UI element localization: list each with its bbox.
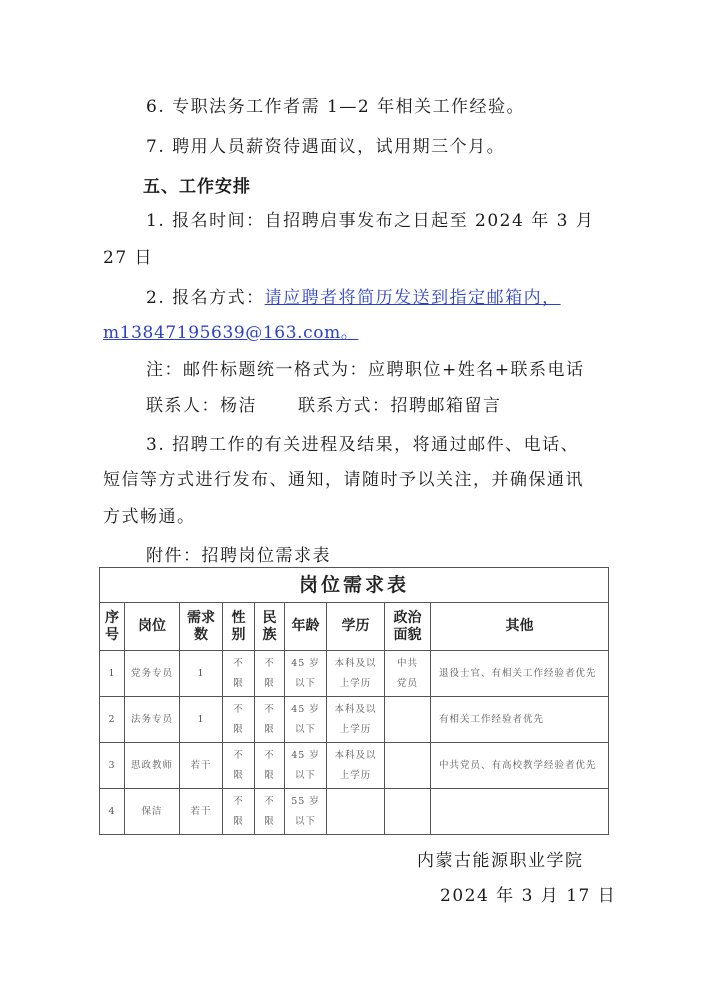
cell-education: 本科及以上学历 — [327, 651, 385, 697]
cell-position: 思政教师 — [125, 743, 180, 789]
requirement-item-7: 7. 聘用人员薪资待遇面议，试用期三个月。 — [146, 132, 505, 157]
header-count: 需求数 — [180, 603, 223, 651]
cell-gender: 不限 — [223, 789, 255, 835]
cell-position: 保洁 — [125, 789, 180, 835]
cell-count: 若干 — [180, 789, 223, 835]
header-position: 岗位 — [125, 603, 180, 651]
process-notice-line-3: 方式畅通。 — [103, 502, 196, 527]
header-gender: 性别 — [223, 603, 255, 651]
cell-count: 若干 — [180, 743, 223, 789]
requirement-item-6: 6. 专职法务工作者需 1—2 年相关工作经验。 — [146, 92, 525, 117]
cell-no: 3 — [100, 743, 125, 789]
cell-education: 本科及以上学历 — [327, 697, 385, 743]
cell-no: 1 — [100, 651, 125, 697]
email-address-link[interactable]: m13847195639@163.com。 — [103, 323, 358, 343]
cell-ethnicity: 不限 — [255, 789, 285, 835]
cell-other: 中共党员、有高校教学经验者优先 — [431, 743, 609, 789]
header-education: 学历 — [327, 603, 385, 651]
cell-no: 4 — [100, 789, 125, 835]
email-subject-note: 注：邮件标题统一格式为：应聘职位+姓名+联系电话 — [146, 355, 585, 380]
cell-age: 45 岁以下 — [285, 697, 327, 743]
registration-time-line-1: 1. 报名时间：自招聘启事发布之日起至 2024 年 3 月 — [146, 206, 594, 231]
contact-method: 联系方式：招聘邮箱留言 — [298, 391, 502, 416]
table-title: 岗位需求表 — [100, 568, 609, 603]
email-instruction-link[interactable]: 请应聘者将简历发送到指定邮箱内， — [265, 288, 561, 308]
header-political: 政治面貌 — [385, 603, 431, 651]
registration-method-line-1: 2. 报名方式：请应聘者将简历发送到指定邮箱内， — [146, 283, 561, 308]
cell-age: 45 岁以下 — [285, 743, 327, 789]
cell-gender: 不限 — [223, 743, 255, 789]
cell-political — [385, 697, 431, 743]
cell-political — [385, 789, 431, 835]
table-row: 2 法务专员 1 不限 不限 45 岁以下 本科及以上学历 有相关工作经验者优先 — [100, 697, 609, 743]
table-row: 4 保洁 若干 不限 不限 55 岁以下 — [100, 789, 609, 835]
table-row: 3 思政教师 若干 不限 不限 45 岁以下 本科及以上学历 中共党员、有高校教… — [100, 743, 609, 789]
contact-person: 联系人：杨洁 — [146, 391, 257, 416]
cell-other — [431, 789, 609, 835]
cell-education: 本科及以上学历 — [327, 743, 385, 789]
process-notice-line-1: 3. 招聘工作的有关进程及结果，将通过邮件、电话、 — [146, 430, 579, 455]
cell-ethnicity: 不限 — [255, 651, 285, 697]
job-requirements-table: 岗位需求表 序号 岗位 需求数 性别 民族 年龄 学历 政治面貌 其他 1 党务… — [99, 567, 609, 835]
cell-education — [327, 789, 385, 835]
cell-gender: 不限 — [223, 697, 255, 743]
registration-method-label: 2. 报名方式： — [146, 288, 265, 308]
cell-ethnicity: 不限 — [255, 697, 285, 743]
header-ethnicity: 民族 — [255, 603, 285, 651]
header-other: 其他 — [431, 603, 609, 651]
cell-age: 45 岁以下 — [285, 651, 327, 697]
cell-position: 党务专员 — [125, 651, 180, 697]
cell-ethnicity: 不限 — [255, 743, 285, 789]
header-age: 年龄 — [285, 603, 327, 651]
signature-organization: 内蒙古能源职业学院 — [417, 846, 584, 871]
cell-political: 中共党员 — [385, 651, 431, 697]
cell-other: 有相关工作经验者优先 — [431, 697, 609, 743]
table-header-row: 序号 岗位 需求数 性别 民族 年龄 学历 政治面貌 其他 — [100, 603, 609, 651]
section-heading-work-arrangement: 五、工作安排 — [143, 172, 251, 197]
registration-method-line-2: m13847195639@163.com。 — [103, 318, 358, 343]
cell-position: 法务专员 — [125, 697, 180, 743]
registration-time-line-2: 27 日 — [103, 243, 153, 268]
cell-age: 55 岁以下 — [285, 789, 327, 835]
attachment-label: 附件：招聘岗位需求表 — [146, 541, 331, 566]
header-no: 序号 — [100, 603, 125, 651]
signature-date: 2024 年 3 月 17 日 — [440, 881, 616, 906]
cell-other: 退役士官、有相关工作经验者优先 — [431, 651, 609, 697]
cell-political — [385, 743, 431, 789]
process-notice-line-2: 短信等方式进行发布、通知，请随时予以关注，并确保通讯 — [103, 465, 584, 490]
cell-gender: 不限 — [223, 651, 255, 697]
table-row: 1 党务专员 1 不限 不限 45 岁以下 本科及以上学历 中共党员 退役士官、… — [100, 651, 609, 697]
cell-no: 2 — [100, 697, 125, 743]
cell-count: 1 — [180, 697, 223, 743]
cell-count: 1 — [180, 651, 223, 697]
